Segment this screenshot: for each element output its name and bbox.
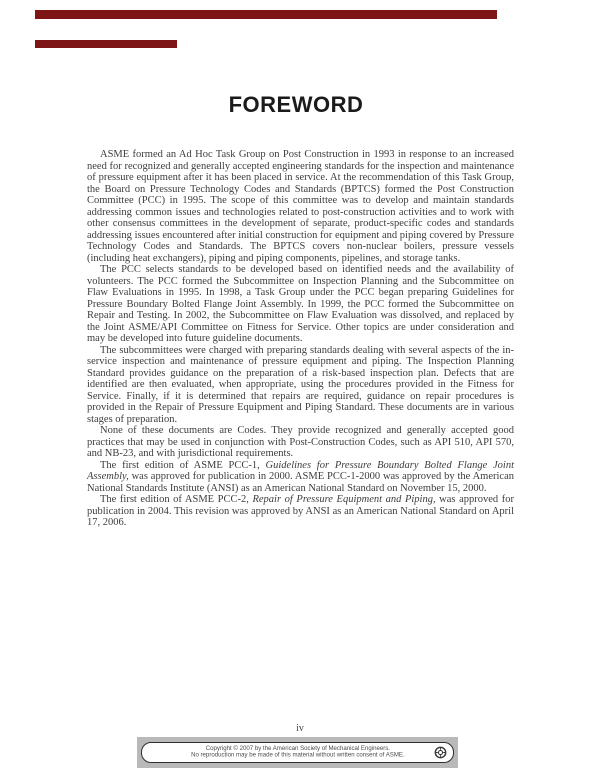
paragraph: The first edition of ASME PCC-2, Repair … bbox=[87, 494, 514, 529]
paragraph: ASME formed an Ad Hoc Task Group on Post… bbox=[87, 149, 514, 264]
paragraph: None of these documents are Codes. They … bbox=[87, 425, 514, 460]
paragraph: The PCC selects standards to be develope… bbox=[87, 264, 514, 345]
page-number: iv bbox=[0, 723, 600, 734]
asme-seal-icon bbox=[434, 746, 447, 759]
copyright-pill: Copyright © 2007 by the American Society… bbox=[141, 742, 454, 763]
foreword-body: ASME formed an Ad Hoc Task Group on Post… bbox=[87, 149, 514, 529]
paragraph: The first edition of ASME PCC-1, Guideli… bbox=[87, 460, 514, 495]
copyright-line-2: No reproduction may be made of this mate… bbox=[191, 753, 405, 760]
redaction-bar-second bbox=[35, 40, 177, 48]
page-title: FOREWORD bbox=[0, 92, 592, 118]
paragraph: The subcommittees were charged with prep… bbox=[87, 345, 514, 426]
redaction-bar-top bbox=[35, 10, 497, 19]
copyright-banner: Copyright © 2007 by the American Society… bbox=[137, 737, 458, 768]
copyright-text: Copyright © 2007 by the American Society… bbox=[191, 746, 405, 759]
document-page: FOREWORD ASME formed an Ad Hoc Task Grou… bbox=[0, 0, 600, 776]
